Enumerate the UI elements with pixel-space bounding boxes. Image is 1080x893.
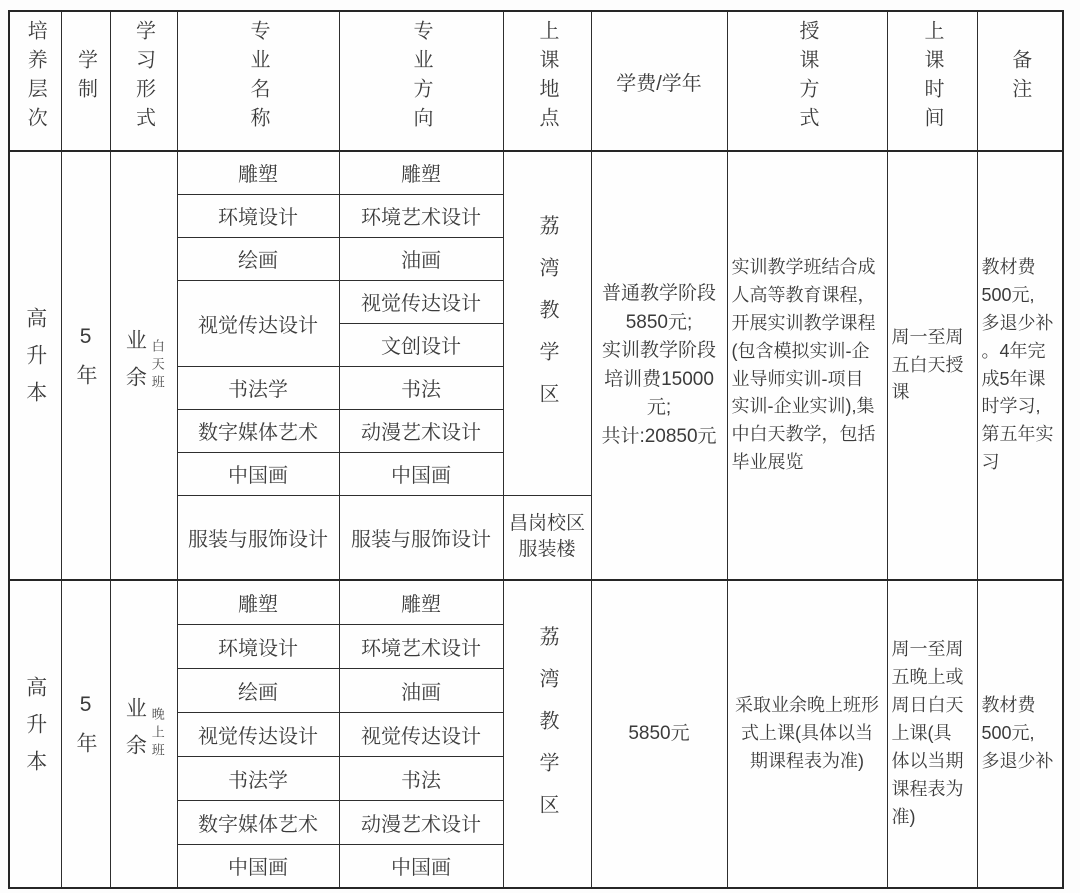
g1-tuition-cell: 普通教学阶段 5850元; 实训教学阶段 培训费15000 元; 共计:2085…: [591, 151, 727, 580]
g1-major-name-4: 书法学: [177, 366, 339, 409]
g2-major-dir-0: 雕塑: [339, 580, 503, 624]
header-duration-label: 学制: [75, 49, 97, 107]
header-teaching-method: 授课方式: [727, 11, 887, 151]
header-class-time: 上课时间: [887, 11, 977, 151]
g1-major-dir-6: 中国画: [339, 452, 503, 495]
g2-level-cell: 高升本: [9, 580, 61, 888]
g1-major-dir-5: 动漫艺术设计: [339, 409, 503, 452]
g1-major-dir-0: 雕塑: [339, 151, 503, 194]
g2-major-dir-6: 中国画: [339, 844, 503, 888]
g2-major-dir-3: 视觉传达设计: [339, 712, 503, 756]
g2-form-text: 业余: [123, 697, 146, 771]
table-row: 高升本 5年 业余 晚上班 雕塑 雕塑 荔湾教学区 5850元 采取业余晚上班形…: [9, 580, 1063, 624]
g2-major-dir-4: 书法: [339, 756, 503, 800]
g1-location-fashion-cell: 昌岗校区 服装楼: [503, 495, 591, 580]
g2-major-name-2: 绘画: [177, 668, 339, 712]
header-tuition: 学费/学年: [591, 11, 727, 151]
g1-location-main-text: 荔湾教学区: [536, 215, 558, 425]
g2-duration-cell: 5年: [61, 580, 110, 888]
g2-teaching-cell: 采取业余晚上班形 式上课(具体以当 期课程表为准): [727, 580, 887, 888]
g1-form-wrap: 业余 白天班: [111, 329, 177, 403]
g1-major-dir-3: 视觉传达设计: [339, 280, 503, 323]
g1-major-name-6: 中国画: [177, 452, 339, 495]
header-class-location: 上课地点: [503, 11, 591, 151]
g2-major-name-3: 视觉传达设计: [177, 712, 339, 756]
header-study-form-label: 学习形式: [133, 20, 155, 136]
g1-note-cell: 教材费 500元, 多退少补 。4年完 成5年课 时学习, 第五年实 习: [977, 151, 1063, 580]
g2-duration-text: 5年: [74, 693, 97, 769]
page: 培养层次 学制 学习形式 专业名称 专业方向 上课地点 学费/学年 授课方式 上…: [0, 0, 1080, 889]
g2-location-main-text: 荔湾教学区: [536, 626, 558, 836]
g1-teaching-cell: 实训教学班结合成 人高等教育课程， 开展实训教学课程 (包含模拟实训-企 业导师…: [727, 151, 887, 580]
g2-major-name-5: 数字媒体艺术: [177, 800, 339, 844]
g1-level-text: 高升本: [24, 307, 47, 418]
table-row: 高升本 5年 业余 白天班 雕塑 雕塑 荔湾教学区 普通教学阶段 5850元; …: [9, 151, 1063, 194]
header-major-direction: 专业方向: [339, 11, 503, 151]
g1-major-name-0: 雕塑: [177, 151, 339, 194]
g2-time-cell: 周一至周 五晚上或 周日白天 上课(具 体以当期 课程表为 准): [887, 580, 977, 888]
g1-major-name-7: 服装与服饰设计: [177, 495, 339, 580]
g1-major-dir-7: 服装与服饰设计: [339, 495, 503, 580]
g2-location-main-cell: 荔湾教学区: [503, 580, 591, 888]
header-major-name: 专业名称: [177, 11, 339, 151]
g2-major-name-0: 雕塑: [177, 580, 339, 624]
g2-level-text: 高升本: [24, 676, 47, 787]
g1-major-name-3: 视觉传达设计: [177, 280, 339, 366]
g1-major-name-2: 绘画: [177, 237, 339, 280]
g1-major-name-5: 数字媒体艺术: [177, 409, 339, 452]
header-remarks-label: 备注: [1009, 49, 1031, 107]
g2-major-name-1: 环境设计: [177, 624, 339, 668]
header-class-location-label: 上课地点: [536, 20, 558, 136]
g1-duration-text: 5年: [74, 325, 97, 401]
g2-form-wrap: 业余 晚上班: [111, 697, 177, 771]
header-study-form: 学习形式: [110, 11, 177, 151]
g1-duration-cell: 5年: [61, 151, 110, 580]
g2-note-cell: 教材费 500元, 多退少补: [977, 580, 1063, 888]
g1-major-dir-2: 油画: [339, 237, 503, 280]
g1-major-dir-4: 书法: [339, 366, 503, 409]
g1-level-cell: 高升本: [9, 151, 61, 580]
header-teaching-method-label: 授课方式: [796, 20, 818, 136]
g1-location-main-cell: 荔湾教学区: [503, 151, 591, 495]
g1-major-dir-3b: 文创设计: [339, 323, 503, 366]
program-table: 培养层次 学制 学习形式 专业名称 专业方向 上课地点 学费/学年 授课方式 上…: [8, 10, 1064, 889]
header-major-direction-label: 专业方向: [410, 20, 432, 136]
g2-major-dir-2: 油画: [339, 668, 503, 712]
g2-form-cell: 业余 晚上班: [110, 580, 177, 888]
header-row: 培养层次 学制 学习形式 专业名称 专业方向 上课地点 学费/学年 授课方式 上…: [9, 11, 1063, 151]
g1-major-name-1: 环境设计: [177, 194, 339, 237]
header-major-name-label: 专业名称: [247, 20, 269, 136]
g2-major-name-4: 书法学: [177, 756, 339, 800]
g1-major-dir-1: 环境艺术设计: [339, 194, 503, 237]
g2-major-dir-1: 环境艺术设计: [339, 624, 503, 668]
g2-major-name-6: 中国画: [177, 844, 339, 888]
header-training-level-label: 培养层次: [24, 20, 46, 136]
g1-form-text: 业余: [123, 329, 146, 403]
header-duration: 学制: [61, 11, 110, 151]
g1-form-cell: 业余 白天班: [110, 151, 177, 580]
g1-time-cell: 周一至周 五白天授 课: [887, 151, 977, 580]
g1-form-sub-text: 白天班: [149, 339, 163, 393]
header-remarks: 备注: [977, 11, 1063, 151]
header-class-time-label: 上课时间: [921, 20, 943, 136]
header-training-level: 培养层次: [9, 11, 61, 151]
g2-major-dir-5: 动漫艺术设计: [339, 800, 503, 844]
g2-form-sub-text: 晚上班: [149, 707, 163, 761]
g2-tuition-cell: 5850元: [591, 580, 727, 888]
